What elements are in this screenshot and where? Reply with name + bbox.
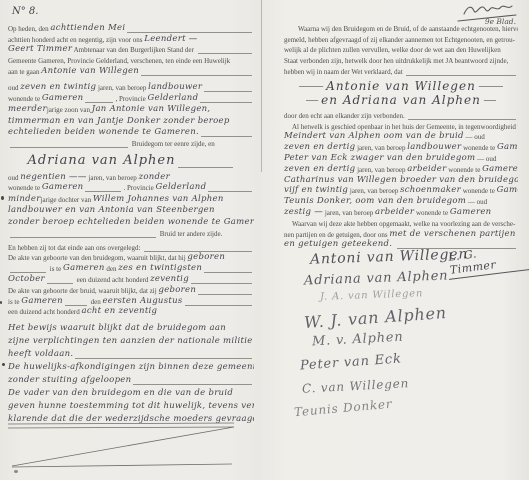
printed-text: oud: [8, 84, 20, 92]
handwritten-text: De huwelijks-afkondigingen zijn binnen d…: [8, 362, 254, 372]
form-line: wonende te Gameren. Provincie Gelderland: [8, 182, 254, 193]
printed-text: den: [89, 298, 103, 306]
handwritten-text: eersten Augustus: [102, 296, 182, 306]
form-line: October een duizend acht honderd zeventi…: [8, 273, 254, 284]
handwritten-text: Gameren: [42, 182, 84, 192]
scan-speck: [14, 470, 18, 473]
form-line: gemeld, hebben afgevraagd of zij elkande…: [284, 33, 518, 44]
form-line: Waarvan wij deze akte hebben opgemaakt, …: [284, 217, 518, 228]
form-line: welijk al de plichten zullen vervullen, …: [284, 44, 518, 55]
blank-rule: [198, 289, 252, 295]
printed-text: wonende te: [8, 184, 42, 192]
scan-speck: [2, 363, 5, 366]
corner-annotation: 9e Blad.: [448, 2, 520, 32]
printed-text: Gemeente Gameren, Provincie Gelderland, …: [8, 57, 230, 65]
handwritten-text: zonder stuiting afgeloopen: [8, 375, 131, 385]
scan-speck: [1, 196, 4, 200]
sheet-number-label: 9e Blad.: [485, 17, 516, 26]
handwritten-text: Gameren: [482, 164, 518, 174]
handwritten-text: Antonie van Willegen: [41, 66, 139, 76]
form-line: zeven en dertig jaren, van beroep arbeid…: [284, 163, 518, 174]
form-line: minderjarige dochter van Willem Johannes…: [8, 192, 254, 204]
form-line: is te Gameren den zes en twintigsten: [8, 262, 254, 273]
handwritten-text: De vader van den bruidegom en die van de…: [8, 388, 233, 398]
handwritten-text: Gameren: [450, 207, 492, 217]
form-line: is te Gameren den eersten Augustus: [8, 295, 254, 306]
handwritten-text: Willem Johannes van Alphen: [93, 194, 224, 204]
form-line: Al hetwelk is geschied openbaar in het h…: [284, 120, 518, 131]
page-fold-line: [261, 0, 262, 172]
printed-text: jaren, van beroep: [96, 84, 148, 92]
handwritten-text: zonder: [139, 172, 170, 182]
form-line: meerderjarige zoon van Jan Antonie van W…: [8, 103, 254, 115]
printed-text: —: [481, 93, 496, 107]
form-line: Op heden, den achttienden Mei: [8, 22, 254, 33]
handwritten-text: Gelderland: [148, 93, 199, 103]
blank-rule: [191, 278, 252, 284]
handwritten-text: geven hunne toestemming tot dit huwelijk…: [8, 401, 254, 411]
printed-text: — oud: [464, 133, 485, 141]
printed-text: ——: [476, 79, 503, 93]
blank-rule: [10, 142, 128, 148]
handwritten-text: geboren: [158, 285, 196, 295]
blank-rule: [133, 379, 252, 385]
blank-rule: [406, 70, 516, 76]
printed-text: wonende te: [461, 187, 497, 195]
form-line: Bruid ter andere zijde.: [8, 227, 254, 238]
printed-text: gemeld, hebben afgevraagd of zij elkande…: [284, 36, 515, 44]
handwritten-text: zeven en dertig: [284, 142, 355, 152]
handwritten-text: Peter van Eck zwager van den bruidegom: [284, 153, 475, 163]
blank-rule: [201, 131, 252, 137]
form-line: Teunis Donker, oom van den bruidegom — o…: [284, 195, 518, 206]
form-line: oud zeven en twintig jaren, van beroep l…: [8, 81, 254, 92]
left-page-form-lines: Op heden, den achttienden Meiachttien ho…: [8, 22, 254, 424]
handwritten-text: achttienden Mei: [50, 23, 125, 33]
handwritten-text: Gameren: [21, 296, 63, 306]
handwritten-text: zes en twintigsten: [118, 263, 202, 273]
handwritten-text: minder: [8, 194, 41, 204]
blank-rule: [178, 162, 233, 168]
printed-text: achttien honderd acht en negentig, zijn …: [8, 36, 144, 44]
handwritten-text: October: [8, 274, 45, 284]
handwritten-text: en Adriana van Alphen: [321, 93, 481, 107]
form-line: De akte van geboorte van den bruidegom, …: [8, 252, 254, 263]
printed-text: jarige zoon van: [47, 106, 92, 114]
printed-text: is te: [8, 298, 21, 306]
printed-text: , Provincie: [115, 95, 147, 103]
printed-text: een duizend acht honderd: [8, 308, 81, 316]
handwritten-text: zeven en dertig: [284, 164, 355, 174]
blank-rule: [65, 300, 87, 306]
handwritten-text: landbouwer: [407, 142, 461, 152]
form-line: —— Antonie van Willegen ——: [284, 79, 518, 93]
right-page-form-lines: Waarna wij den Bruidegom en de Bruid, of…: [284, 22, 518, 249]
handwritten-text: schoenmaker: [400, 185, 461, 195]
strikeout-lines: [8, 420, 248, 476]
handwritten-text: Gameren: [63, 263, 105, 273]
blank-rule: [141, 70, 252, 76]
handwritten-text: geboren: [187, 252, 225, 262]
form-line: zeven en dertig jaren, van beroep landbo…: [284, 141, 518, 152]
printed-text: — oud: [475, 155, 496, 163]
printed-text: is te: [48, 265, 63, 273]
form-line: timmerman en van Jantje Donker zonder be…: [8, 114, 254, 126]
form-line: Bruidegom ter eenre zijde, en: [8, 137, 254, 148]
printed-text: —: [306, 93, 321, 107]
handwritten-text: timmerman en van Jantje Donker zonder be…: [8, 116, 230, 126]
handwritten-text: zestig —: [284, 207, 323, 217]
printed-text: een duizend acht honderd: [75, 276, 150, 284]
handwritten-text: Jan Antonie van Willegen,: [92, 104, 211, 114]
scan-speck: [0, 301, 2, 304]
form-line: De huwelijks-afkondigingen zijn binnen d…: [8, 359, 254, 372]
left-page: N° 8. Op heden, den achttienden Meiachtt…: [0, 0, 261, 480]
handwritten-text: en getuigen geteekend.: [284, 239, 395, 249]
printed-text: Staat verbonden zijn, hetwelk door hen u…: [284, 57, 508, 65]
form-line: door den echt aan elkander zijn verbonde…: [284, 109, 518, 120]
form-line: een duizend acht honderd acht en zeventi…: [8, 306, 254, 317]
form-line: geven hunne toestemming tot dit huwelijk…: [8, 398, 254, 411]
handwritten-text: Adriana van Alphen: [28, 153, 176, 168]
form-line: heeft voldaan.: [8, 346, 254, 359]
form-line: Meindert van Alphen oom van de bruid — o…: [284, 131, 518, 142]
handwritten-text: Gelderland: [156, 182, 207, 192]
handwritten-text: Antonie van Willegen: [326, 79, 476, 93]
handwritten-text: Gameren: [497, 142, 518, 152]
printed-text: wonende te: [8, 95, 42, 103]
printed-text: wonende te: [447, 166, 483, 174]
document-scan: N° 8. Op heden, den achttienden Meiachtt…: [0, 0, 529, 480]
blank-rule: [144, 246, 252, 252]
printed-text: De akte van geboorte der bruid, waaruit …: [8, 287, 158, 295]
handwritten-text: zeventig: [150, 274, 189, 284]
blank-rule: [198, 48, 252, 54]
form-line: Gemeente Gameren, Provincie Gelderland, …: [8, 54, 254, 65]
handwritten-text: echtelieden beiden wonende te Gameren.: [8, 127, 199, 137]
form-line: achttien honderd acht en negentig, zijn …: [8, 33, 254, 44]
handwritten-text: zijne verplichtingen ten aanzien der nat…: [8, 336, 253, 346]
blank-rule: [75, 353, 252, 359]
handwritten-text: Meindert van Alphen oom van de bruid: [284, 131, 464, 141]
printed-text: jaren, van beroep: [87, 174, 139, 182]
handwritten-text: heeft voldaan.: [8, 349, 73, 359]
handwritten-text: Teunis Donker, oom van den bruidegom: [284, 196, 466, 206]
handwritten-text: Catharinus van Willegen broeder van den …: [284, 175, 518, 185]
printed-text: jarige dochter van: [41, 196, 93, 204]
form-line: Peter van Eck zwager van den bruidegom —…: [284, 152, 518, 163]
blank-rule: [85, 186, 121, 192]
handwritten-text: arbeider: [407, 164, 446, 174]
handwritten-text: landbouwer: [148, 82, 202, 92]
handwritten-text: vijf en twintig: [284, 185, 348, 195]
printed-text: Ambtenaar van den Burgerlijken Stand der: [72, 46, 195, 54]
form-line: Catharinus van Willegen broeder van den …: [284, 174, 518, 185]
form-line: Staat verbonden zijn, hetwelk door hen u…: [284, 54, 518, 65]
handwritten-text: arbeider: [375, 207, 414, 217]
blank-rule: [127, 27, 252, 33]
printed-text: den: [105, 265, 119, 273]
form-line: vijf en twintig jaren, van beroep schoen…: [284, 185, 518, 196]
blank-rule: [10, 232, 156, 238]
blank-rule: [204, 86, 252, 92]
handwritten-text: Geert Timmer: [8, 44, 72, 54]
act-number: N° 8.: [12, 6, 38, 17]
printed-text: hebben wij in naam der Wet verklaard, da…: [284, 68, 404, 76]
printed-text: ——: [299, 79, 326, 93]
blank-rule: [47, 278, 73, 284]
handwritten-text: zonder beroep echtelieden beiden wonende…: [8, 217, 254, 227]
handwritten-text: Leendert —: [144, 34, 197, 44]
blank-rule: [10, 267, 46, 273]
form-line: — en Adriana van Alphen —: [284, 93, 518, 107]
form-line: Adriana van Alphen: [8, 151, 254, 168]
handwritten-text: acht en zeventig: [81, 306, 157, 316]
printed-text: wonende te: [414, 209, 450, 217]
blank-rule: [85, 97, 113, 103]
blank-rule: [408, 114, 516, 120]
form-line: hebben wij in naam der Wet verklaard, da…: [284, 65, 518, 76]
printed-text: — oud: [466, 198, 487, 206]
printed-text: Op heden, den: [8, 25, 50, 33]
form-line: aan te gaan Antonie van Willegen: [8, 65, 254, 76]
printed-text: aan te gaan: [8, 68, 41, 76]
printed-text: En hebben zij tot dat einde aan ons over…: [8, 244, 142, 252]
form-line: zestig — jaren, van beroep arbeider wone…: [284, 206, 518, 217]
form-line: zonder stuiting afgeloopen: [8, 372, 254, 385]
printed-text: door den echt aan elkander zijn verbonde…: [284, 112, 406, 120]
form-line: Het bewijs waaruit blijkt dat de bruideg…: [8, 320, 254, 333]
handwritten-text: zeven en twintig: [20, 82, 96, 92]
printed-text: wonende te: [461, 144, 497, 152]
handwritten-text: Gameren: [497, 185, 518, 195]
printed-text: jaren, van beroep: [355, 144, 407, 152]
blank-rule: [204, 267, 252, 273]
handwritten-text: Gameren: [42, 93, 84, 103]
form-line: zijne verplichtingen ten aanzien der nat…: [8, 333, 254, 346]
form-line: zonder beroep echtelieden beiden wonende…: [8, 215, 254, 227]
handwritten-text: met de verschenen partijen: [389, 229, 515, 239]
printed-text: jaren, van beroep: [355, 166, 407, 174]
printed-text: Waarvan wij deze akte hebben opgemaakt, …: [292, 220, 515, 228]
printed-text: Al hetwelk is geschied openbaar in het h…: [292, 123, 518, 131]
form-line: En hebben zij tot dat einde aan ons over…: [8, 241, 254, 252]
printed-text: nen partijen en de getuigen, door ons: [284, 231, 389, 239]
form-line: echtelieden beiden wonende te Gameren.: [8, 126, 254, 138]
form-line: wonende te Gameren, Provincie Gelderland: [8, 92, 254, 103]
form-line: De akte van geboorte der bruid, waaruit …: [8, 284, 254, 295]
form-line: De vader van den bruidegom en die van de…: [8, 385, 254, 398]
printed-text: welijk al de plichten zullen vervullen, …: [284, 46, 501, 54]
handwritten-text: meerder: [8, 104, 47, 114]
printed-text: oud: [8, 174, 20, 182]
handwritten-text: negentien ——: [20, 172, 86, 182]
blank-rule: [208, 186, 252, 192]
handwritten-text: landbouwer en van Antonia van Steenberge…: [8, 205, 215, 215]
printed-text: Bruid ter andere zijde.: [158, 230, 222, 238]
form-line: Geert Timmer Ambtenaar van den Burgerlij…: [8, 44, 254, 55]
blank-rule: [200, 97, 252, 103]
form-line: landbouwer en van Antonia van Steenberge…: [8, 204, 254, 216]
form-line: nen partijen en de getuigen, door ons me…: [284, 228, 518, 239]
printed-text: . Provincie: [123, 184, 155, 192]
blank-rule: [185, 300, 252, 306]
printed-text: Bruidegom ter eenre zijde, en: [130, 140, 215, 148]
printed-text: jaren, van beroep: [323, 209, 375, 217]
handwritten-text: Het bewijs waaruit blijkt dat de bruideg…: [8, 323, 226, 333]
printed-text: jaren, van beroep: [348, 187, 400, 195]
form-line: oud negentien —— jaren, van beroep zonde…: [8, 171, 254, 182]
printed-text: De akte van geboorte van den bruidegom, …: [8, 254, 187, 262]
